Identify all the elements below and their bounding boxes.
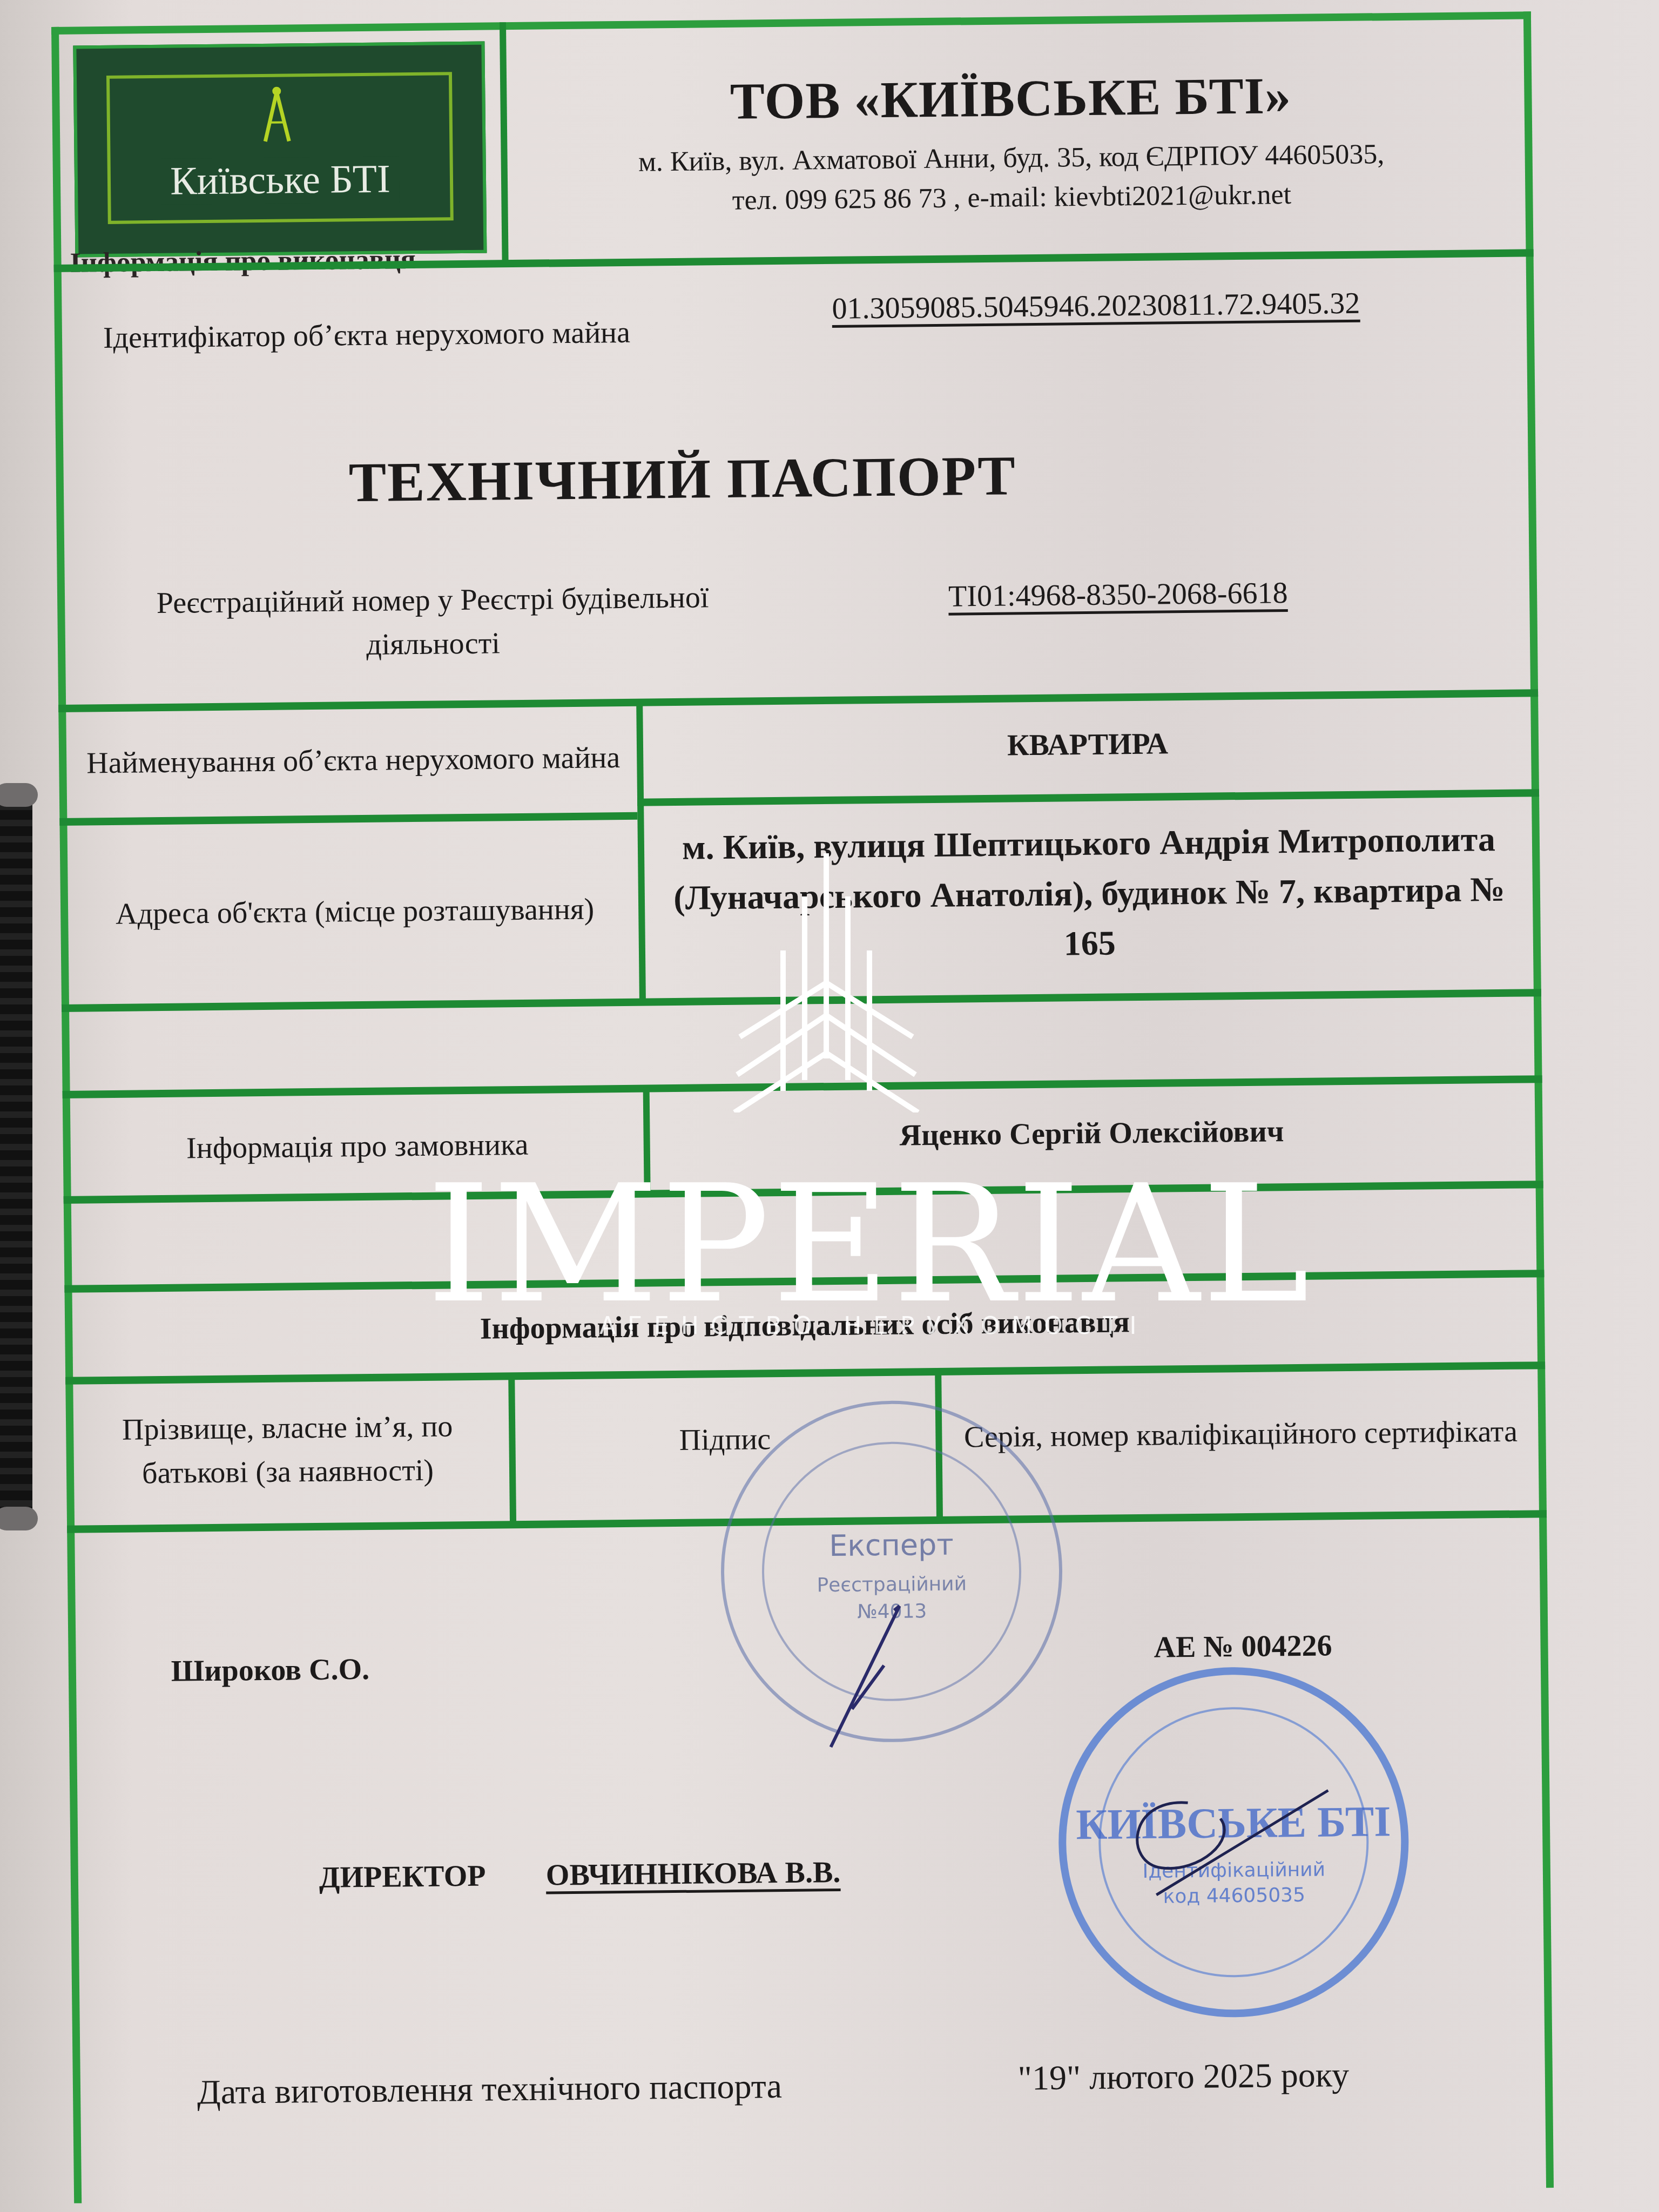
compass-icon [260,84,293,144]
col-name-header: Прізвище, власне ім’я, по батькові (за н… [71,1383,504,1517]
company-logo: Київське БТІ [73,42,487,258]
binding-cord [0,794,32,1528]
director-signature [1123,1779,1351,1906]
stamp-line: Реєстраційний [817,1573,967,1596]
technical-passport-page: Київське БТІ Інформація про виконавця ТО… [51,11,1554,2203]
address-label: Адреса об'єкта (місце розташування) [70,820,639,1004]
responsible-person-name: Широков С.О. [171,1652,370,1689]
identifier-value: 01.3059085.5045946.20230811.72.9405.32 [832,286,1360,326]
divider [643,1088,651,1196]
registration-value: ТІ01:4968-8350-2068-6618 [948,576,1288,614]
object-name-value: КВАРТИРА [644,697,1531,793]
registration-label: Реєстраційний номер у Реєстрі будівельно… [95,570,771,675]
date-label: Дата виготовлення технічного паспорта [197,2066,783,2112]
logo-text: Київське БТІ [161,156,400,205]
address-value: м. Київ, вулиця Шептицького Андрія Митро… [648,797,1530,990]
director-label: ДИРЕКТОР [319,1859,486,1895]
object-name-label: Найменування об’єкта нерухомого майна [69,707,637,815]
binding-rivet [0,1507,38,1530]
director-name: ОВЧИННІКОВА В.В. [546,1855,841,1893]
company-info: ТОВ «КИЇВСЬКЕ БТІ» м. Київ, вул. Ахматов… [510,31,1512,257]
identifier-label: Ідентифікатор об’єкта нерухомого майна [103,315,631,355]
responsible-section-title: Інформація про відповідальних осіб викон… [65,1277,1653,1374]
date-value: "19" лютого 2025 року [1017,2055,1349,2098]
customer-label: Інформація про замовника [73,1096,642,1199]
company-name: ТОВ «КИЇВСЬКЕ БТІ» [511,63,1510,133]
stamp-title: Експерт [724,1527,1059,1564]
signature-mark [819,1600,928,1752]
customer-value: Яценко Сергій Олексійович [651,1083,1533,1184]
binding-rivet [0,783,38,807]
certificate-number: АЕ № 004226 [1154,1628,1332,1664]
